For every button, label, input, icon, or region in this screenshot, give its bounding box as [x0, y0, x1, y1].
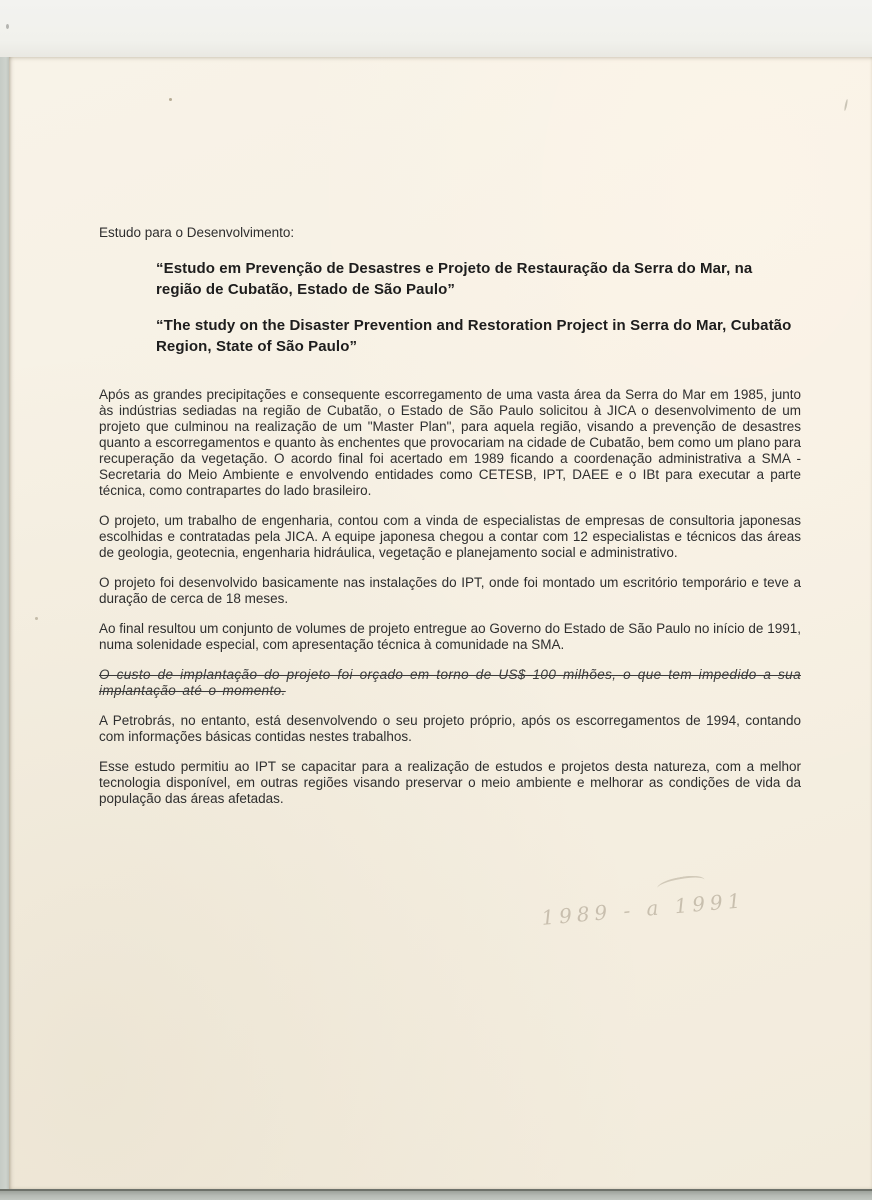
- paragraph-3: O projeto foi desenvolvido basicamente n…: [99, 575, 801, 607]
- title-portuguese: “Estudo em Prevenção de Desastres e Proj…: [156, 258, 774, 300]
- paragraph-6: A Petrobrás, no entanto, está desenvolve…: [99, 713, 801, 745]
- paper-scratch: [844, 99, 848, 111]
- scanned-document-page: Estudo para o Desenvolvimento: “Estudo e…: [0, 0, 872, 1200]
- scanner-background-bottom: [0, 1189, 872, 1200]
- paper-speck: [169, 98, 172, 101]
- paragraph-1: Após as grandes precipitações e conseque…: [99, 387, 801, 499]
- document-content: Estudo para o Desenvolvimento: “Estudo e…: [99, 225, 801, 821]
- paragraph-5-struck-through: O custo de implantação do projeto foi or…: [99, 667, 801, 699]
- title-english: “The study on the Disaster Prevention an…: [156, 315, 804, 357]
- paper-sheet: Estudo para o Desenvolvimento: “Estudo e…: [9, 57, 872, 1190]
- paper-speck: [35, 617, 38, 620]
- paragraph-7: Esse estudo permitiu ao IPT se capacitar…: [99, 759, 801, 807]
- paragraph-2: O projeto, um trabalho de engenharia, co…: [99, 513, 801, 561]
- paragraph-4: Ao final resultou um conjunto de volumes…: [99, 621, 801, 653]
- scanner-background-top: [0, 0, 872, 58]
- scan-edge-speck: [6, 24, 9, 29]
- document-intro-line: Estudo para o Desenvolvimento:: [99, 225, 801, 241]
